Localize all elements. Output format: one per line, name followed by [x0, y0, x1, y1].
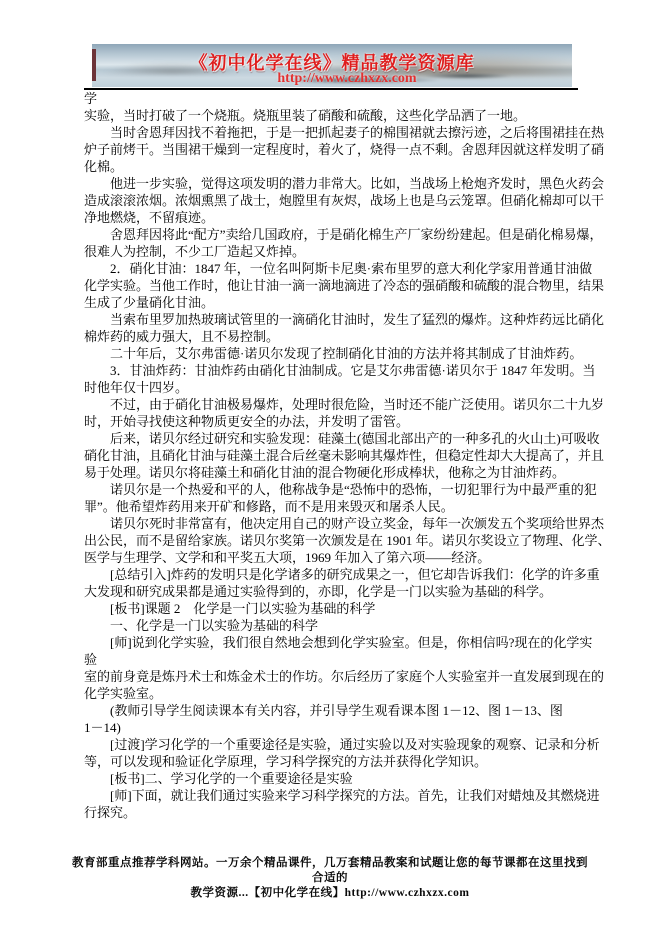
- text-line: 净地燃烧，不留痕迹。: [84, 209, 594, 226]
- text-line: 棉炸药的威力强大，且不易控制。: [84, 328, 594, 345]
- banner-url: http://www.czhxzx.com: [122, 71, 572, 87]
- text-line: 化棉。: [84, 158, 594, 175]
- text-line: 罪”。他希望炸药用来开矿和修路，而不是用来毁灭和屠杀人民。: [84, 498, 594, 515]
- text-line: [过渡]学习化学的一个重要途径是实验，通过实验以及对实验现象的观察、记录和分析: [84, 736, 594, 753]
- text-line: [师]下面，就让我们通过实验来学习科学探究的方法。首先，让我们对蜡烛及其燃烧进: [84, 787, 594, 804]
- text-line: 大发现和研究成果都是通过实验得到的，亦即，化学是一门以实验为基础的科学。: [84, 583, 594, 600]
- text-line: 学: [84, 90, 594, 107]
- document-page: 《初中化学在线》精品教学资源库 http://www.czhxzx.com 学实…: [0, 0, 661, 935]
- text-line: 舍恩拜因将此“配方”卖给几国政府，于是硝化棉生产厂家纷纷建起。但是硝化棉易爆，: [84, 226, 594, 243]
- text-line: 时他年仅十四岁。: [84, 379, 594, 396]
- text-line: 他进一步实验，觉得这项发明的潜力非常大。比如，当战场上枪炮齐发时，黑色火药会: [84, 175, 594, 192]
- text-line: 后来，诺贝尔经过研究和实验发现：硅藻土(德国北部出产的一种多孔的火山土)可吸收: [84, 430, 594, 447]
- text-line: 不过，由于硝化甘油极易爆炸，处理时很危险，当时还不能广泛使用。诺贝尔二十九岁: [84, 396, 594, 413]
- text-line: [总结引入]炸药的发明只是化学诸多的研究成果之一，但它却告诉我们：化学的许多重: [84, 566, 594, 583]
- text-line: 易于处理。诺贝尔将硅藻土和硝化甘油的混合物硬化形成棒状，他称之为甘油炸药。: [84, 464, 594, 481]
- text-line: 3．甘油炸药：甘油炸药由硝化甘油制成。它是艾尔弗雷德·诺贝尔于 1847 年发明…: [84, 362, 594, 379]
- text-line: 生成了少量硝化甘油。: [84, 294, 594, 311]
- text-line: [师]说到化学实验，我们很自然地会想到化学实验室。但是，你相信吗?现在的化学实: [84, 634, 594, 651]
- text-line: 诺贝尔死时非常富有，他决定用自己的财产设立奖金，每年一次颁发五个奖项给世界杰: [84, 515, 594, 532]
- document-header: 《初中化学在线》精品教学资源库 http://www.czhxzx.com: [84, 44, 578, 90]
- text-line: 化学实验室。: [84, 685, 594, 702]
- text-line: 医学与生理学、文学和和平奖五大项，1969 年加入了第六项——经济。: [84, 549, 594, 566]
- text-line: 室的前身竟是炼丹术士和炼金术士的作坊。尔后经历了家庭个人实验室并一直发展到现在的: [84, 668, 594, 685]
- text-line: 2．硝化甘油：1847 年，一位名叫阿斯卡尼奥·索布里罗的意大利化学家用普通甘油…: [84, 260, 594, 277]
- text-line: [板书]二、学习化学的一个重要途径是实验: [84, 770, 594, 787]
- text-line: 1－14): [84, 719, 594, 736]
- text-line: 实验，当时打破了一个烧瓶。烧瓶里装了硝酸和硫酸，这些化学品洒了一地。: [84, 107, 594, 124]
- page-footer: 教育部重点推荐学科网站。一万余个精品课件，几万套精品教案和试题让您的每节课都在这…: [70, 856, 590, 901]
- text-line: 化学实验。当他工作时，他让甘油一滴一滴地滴进了冷态的强硝酸和硫酸的混合物里，结果: [84, 277, 594, 294]
- text-line: 行探究。: [84, 804, 594, 821]
- text-line: (教师引导学生阅读课本有关内容，并引导学生观看课本图 1－12、图 1－13、图: [84, 702, 594, 719]
- footer-line-2: 教学资源...【初中化学在线】http://www.czhxzx.com: [70, 886, 590, 901]
- text-line: 当索布里罗加热玻璃试管里的一滴硝化甘油时，发生了猛烈的爆炸。这种炸药远比硝化: [84, 311, 594, 328]
- text-line: 炉子前烤干。当围裙干燥到一定程度时，着火了，烧得一点不剩。舍恩拜因就这样发明了硝: [84, 141, 594, 158]
- footer-line-1: 教育部重点推荐学科网站。一万余个精品课件，几万套精品教案和试题让您的每节课都在这…: [70, 856, 590, 886]
- text-line: 诺贝尔是一个热爱和平的人，他称战争是“恐怖中的恐怖，一切犯罪行为中最严重的犯: [84, 481, 594, 498]
- text-line: 时，开始寻找使这种物质更安全的办法，并发明了雷管。: [84, 413, 594, 430]
- text-line: 出公民，而不是留给家族。诺贝尔奖第一次颁发是在 1901 年。诺贝尔奖设立了物理…: [84, 532, 594, 549]
- text-line: 当时舍恩拜因找不着拖把，于是一把抓起妻子的棉围裙就去擦污迹，之后将围裙挂在热: [84, 124, 594, 141]
- text-line: 二十年后，艾尔弗雷德·诺贝尔发现了控制硝化甘油的方法并将其制成了甘油炸药。: [84, 345, 594, 362]
- text-line: [板书]课题 2 化学是一门以实验为基础的科学: [84, 600, 594, 617]
- text-line: 等，可以发现和验证化学原理，学习科学探究的方法并获得化学知识。: [84, 753, 594, 770]
- text-line: 验: [84, 651, 594, 668]
- text-line: 很难人为控制，不少工厂造起又炸掉。: [84, 243, 594, 260]
- text-line: 硝化甘油，且硝化甘油与硅藻土混合后丝毫未影响其爆炸性，但稳定性却大大提高了，并且: [84, 447, 594, 464]
- text-line: 造成滚滚浓烟。浓烟熏黑了战士，炮膛里有灰烬，战场上也是乌云笼罩。但硝化棉却可以干: [84, 192, 594, 209]
- text-line: 一、化学是一门以实验为基础的科学: [84, 617, 594, 634]
- site-banner-image: 《初中化学在线》精品教学资源库 http://www.czhxzx.com: [92, 44, 572, 87]
- document-body: 学实验，当时打破了一个烧瓶。烧瓶里装了硝酸和硫酸，这些化学品洒了一地。 当时舍恩…: [84, 90, 594, 821]
